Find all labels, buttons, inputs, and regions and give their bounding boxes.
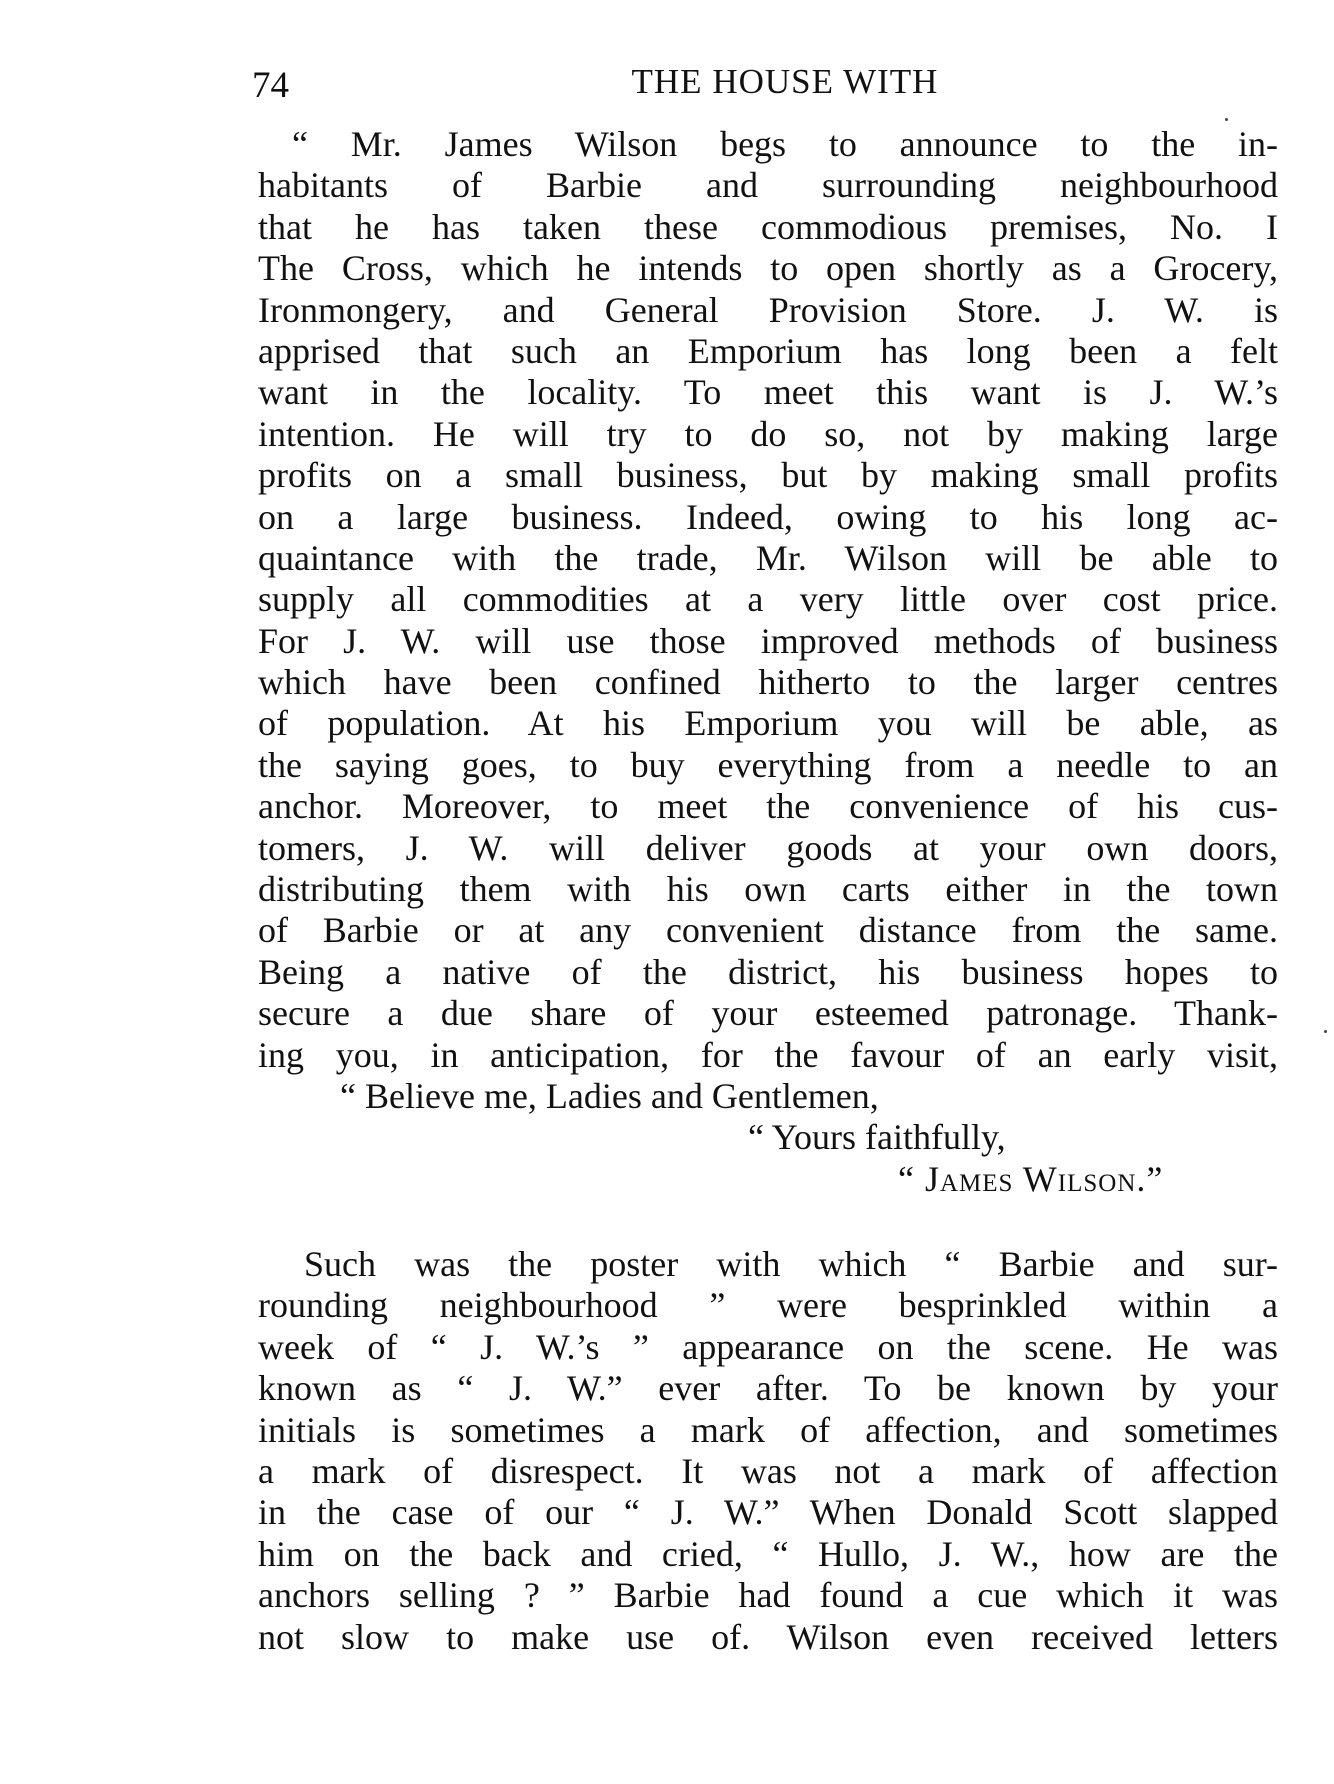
text-line: “ Mr. James Wilson begs to announce to t… [258,124,1278,165]
text-line: ing you, in anticipation, for the favour… [258,1035,1278,1076]
poster-announcement: “ Mr. James Wilson begs to announce to t… [258,124,1278,1200]
text-line: supply all commodities at a very little … [258,579,1278,620]
text-line: The Cross, which he intends to open shor… [258,248,1278,289]
text-line: not slow to make use of. Wilson even rec… [258,1617,1278,1658]
text-line: known as “ J. W.” ever after. To be know… [258,1368,1278,1409]
scan-speck [1225,118,1228,121]
book-page: 74 THE HOUSE WITH “ Mr. James Wilson beg… [0,0,1334,1784]
text-line: want in the locality. To meet this want … [258,372,1278,413]
text-line: of Barbie or at any convenient distance … [258,910,1278,951]
text-line: a mark of disrespect. It was not a mark … [258,1451,1278,1492]
text-line: secure a due share of your esteemed patr… [258,993,1278,1034]
text-line: which have been confined hitherto to the… [258,662,1278,703]
running-head: 74 THE HOUSE WITH [252,62,1278,112]
text-line: on a large business. Indeed, owing to hi… [258,497,1278,538]
text-line: Such was the poster with which “ Barbie … [258,1244,1278,1285]
text-line: apprised that such an Emporium has long … [258,331,1278,372]
text-line: distributing them with his own carts eit… [258,869,1278,910]
text-line: week of “ J. W.’s ” appearance on the sc… [258,1327,1278,1368]
text-line: habitants of Barbie and surrounding neig… [258,165,1278,206]
text-line: of population. At his Emporium you will … [258,703,1278,744]
letter-valediction: “ Yours faithfully, [258,1117,1278,1158]
text-line: the saying goes, to buy everything from … [258,745,1278,786]
text-line: For J. W. will use those improved method… [258,621,1278,662]
text-line: rounding neighbourhood ” were besprinkle… [258,1285,1278,1326]
letter-signature: “ James Wilson.” [258,1159,1278,1200]
narrative-paragraph: Such was the poster with which “ Barbie … [258,1244,1278,1658]
text-line: intention. He will try to do so, not by … [258,414,1278,455]
text-line: profits on a small business, but by maki… [258,455,1278,496]
text-line: quaintance with the trade, Mr. Wilson wi… [258,538,1278,579]
text-line: initials is sometimes a mark of affectio… [258,1410,1278,1451]
text-line: that he has taken these commodious premi… [258,207,1278,248]
text-line: in the case of our “ J. W.” When Donald … [258,1492,1278,1533]
running-title: THE HOUSE WITH [252,62,1278,102]
scan-speck [1324,1030,1327,1033]
text-line: anchor. Moreover, to meet the convenienc… [258,786,1278,827]
text-line: Ironmongery, and General Provision Store… [258,290,1278,331]
text-line: him on the back and cried, “ Hullo, J. W… [258,1534,1278,1575]
letter-closing: “ Believe me, Ladies and Gentlemen, [258,1076,1278,1117]
text-line: tomers, J. W. will deliver goods at your… [258,828,1278,869]
text-line: Being a native of the district, his busi… [258,952,1278,993]
text-line: anchors selling ? ” Barbie had found a c… [258,1575,1278,1616]
